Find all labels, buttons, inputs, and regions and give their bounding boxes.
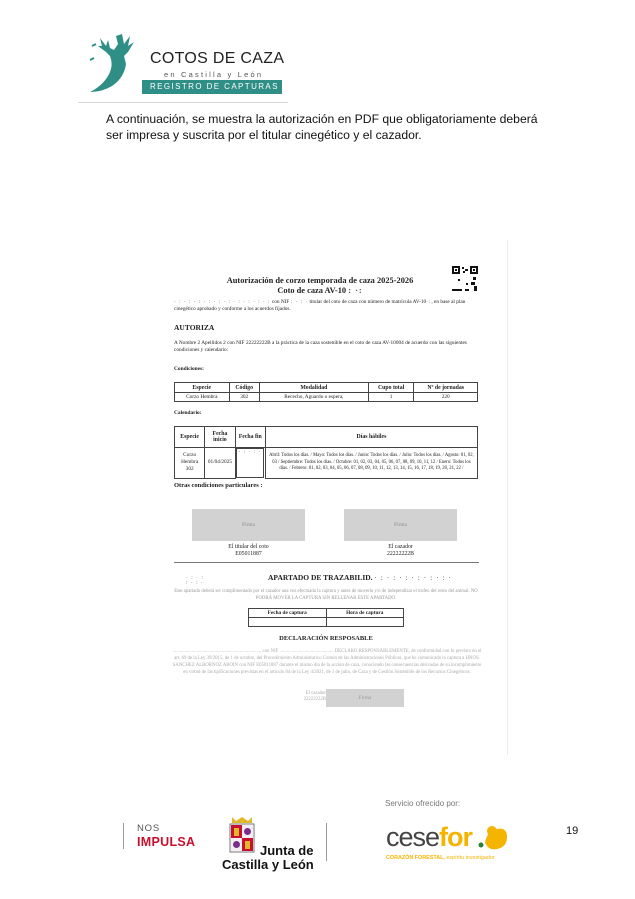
trazabilidad-note: Este apartado deberá ser cumplimentado p… [170,589,482,602]
hunter-signature-box: Firma [326,689,404,707]
trazabilidad-heading: APARTADO DE TRAZABILID. · : · : · : · : … [268,573,452,582]
logo-title: COTOS DE CAZA [150,50,284,68]
cazador-caption: El cazador 22222222B [344,544,457,558]
cazador-signature-box: Firma [344,509,457,541]
footer-divider [326,823,327,861]
captura-table: Fecha de captura Hora de captura [248,608,404,627]
castilla-leon-crest-icon [227,815,257,855]
logo-subtitle: en Castilla y León [164,70,263,79]
authorization-paragraph: A Nombre 2 Apellidos 2 con NIF 22222222B… [174,340,479,354]
section-divider [174,562,479,563]
nos-label: NOS [137,823,160,834]
condiciones-table: Especie Código Modalidad Cupo total Nº d… [174,382,478,402]
table-row: Corzo Hembra 302 01/04/2025 · : · : · Ab… [175,448,478,479]
otras-condiciones-label: Otras condiciones particulares : [174,482,263,489]
footer-divider [123,823,124,849]
hunter-caption: El cazador 22222222B [290,691,326,703]
cotos-de-caza-logo: COTOS DE CAZA en Castilla y León REGISTR… [78,28,288,102]
table-row: Corzo Hembra 302 Rececho, Aguardo o espe… [175,393,478,402]
servicio-label: Servicio ofrecido por: [385,799,460,808]
redacted-code: · : · :: · : · [186,576,204,586]
authorization-pdf: Autorización de corzo temporada de caza … [170,240,508,755]
condiciones-label: Condiciones: [174,366,204,372]
impulsa-logo: IMPULSA [137,835,195,849]
deer-icon [86,32,142,94]
logo-band: REGISTRO DE CAPTURAS [142,80,282,94]
declaracion-heading: DECLARACIÓN RESPOSABLE [170,635,482,642]
authorization-title: Autorización de corzo temporada de caza … [170,276,470,296]
castilla-leon-label: Castilla y León [222,857,314,872]
page-number: 19 [566,825,578,837]
junta-label: Junta de [260,843,313,858]
calendario-label: Calendario: [174,410,202,416]
calendario-table: Especie Fecha inicio Fecha fin Días hábi… [174,426,478,479]
autoriza-heading: AUTORIZA [174,323,214,332]
declaracion-text: ........................................… [172,648,482,676]
cesefor-leaf-icon [478,823,508,851]
table-row [249,618,404,627]
titular-paragraph: · : · : · : · : · : · : · : · : · : · : … [174,299,479,313]
titular-caption: El titular del coto E05011887 [192,544,305,558]
cesefor-tagline: CORAZÓN FORESTAL, espíritu investigador [386,855,495,861]
header-divider [78,102,288,103]
intro-text: A continuación, se muestra la autorizaci… [106,111,556,143]
redacted-name: · : · : · : · : · : · : · : · : · : · : [174,299,271,306]
cesefor-logo: cesefor [386,822,472,852]
titular-signature-box: Firma [192,509,305,541]
